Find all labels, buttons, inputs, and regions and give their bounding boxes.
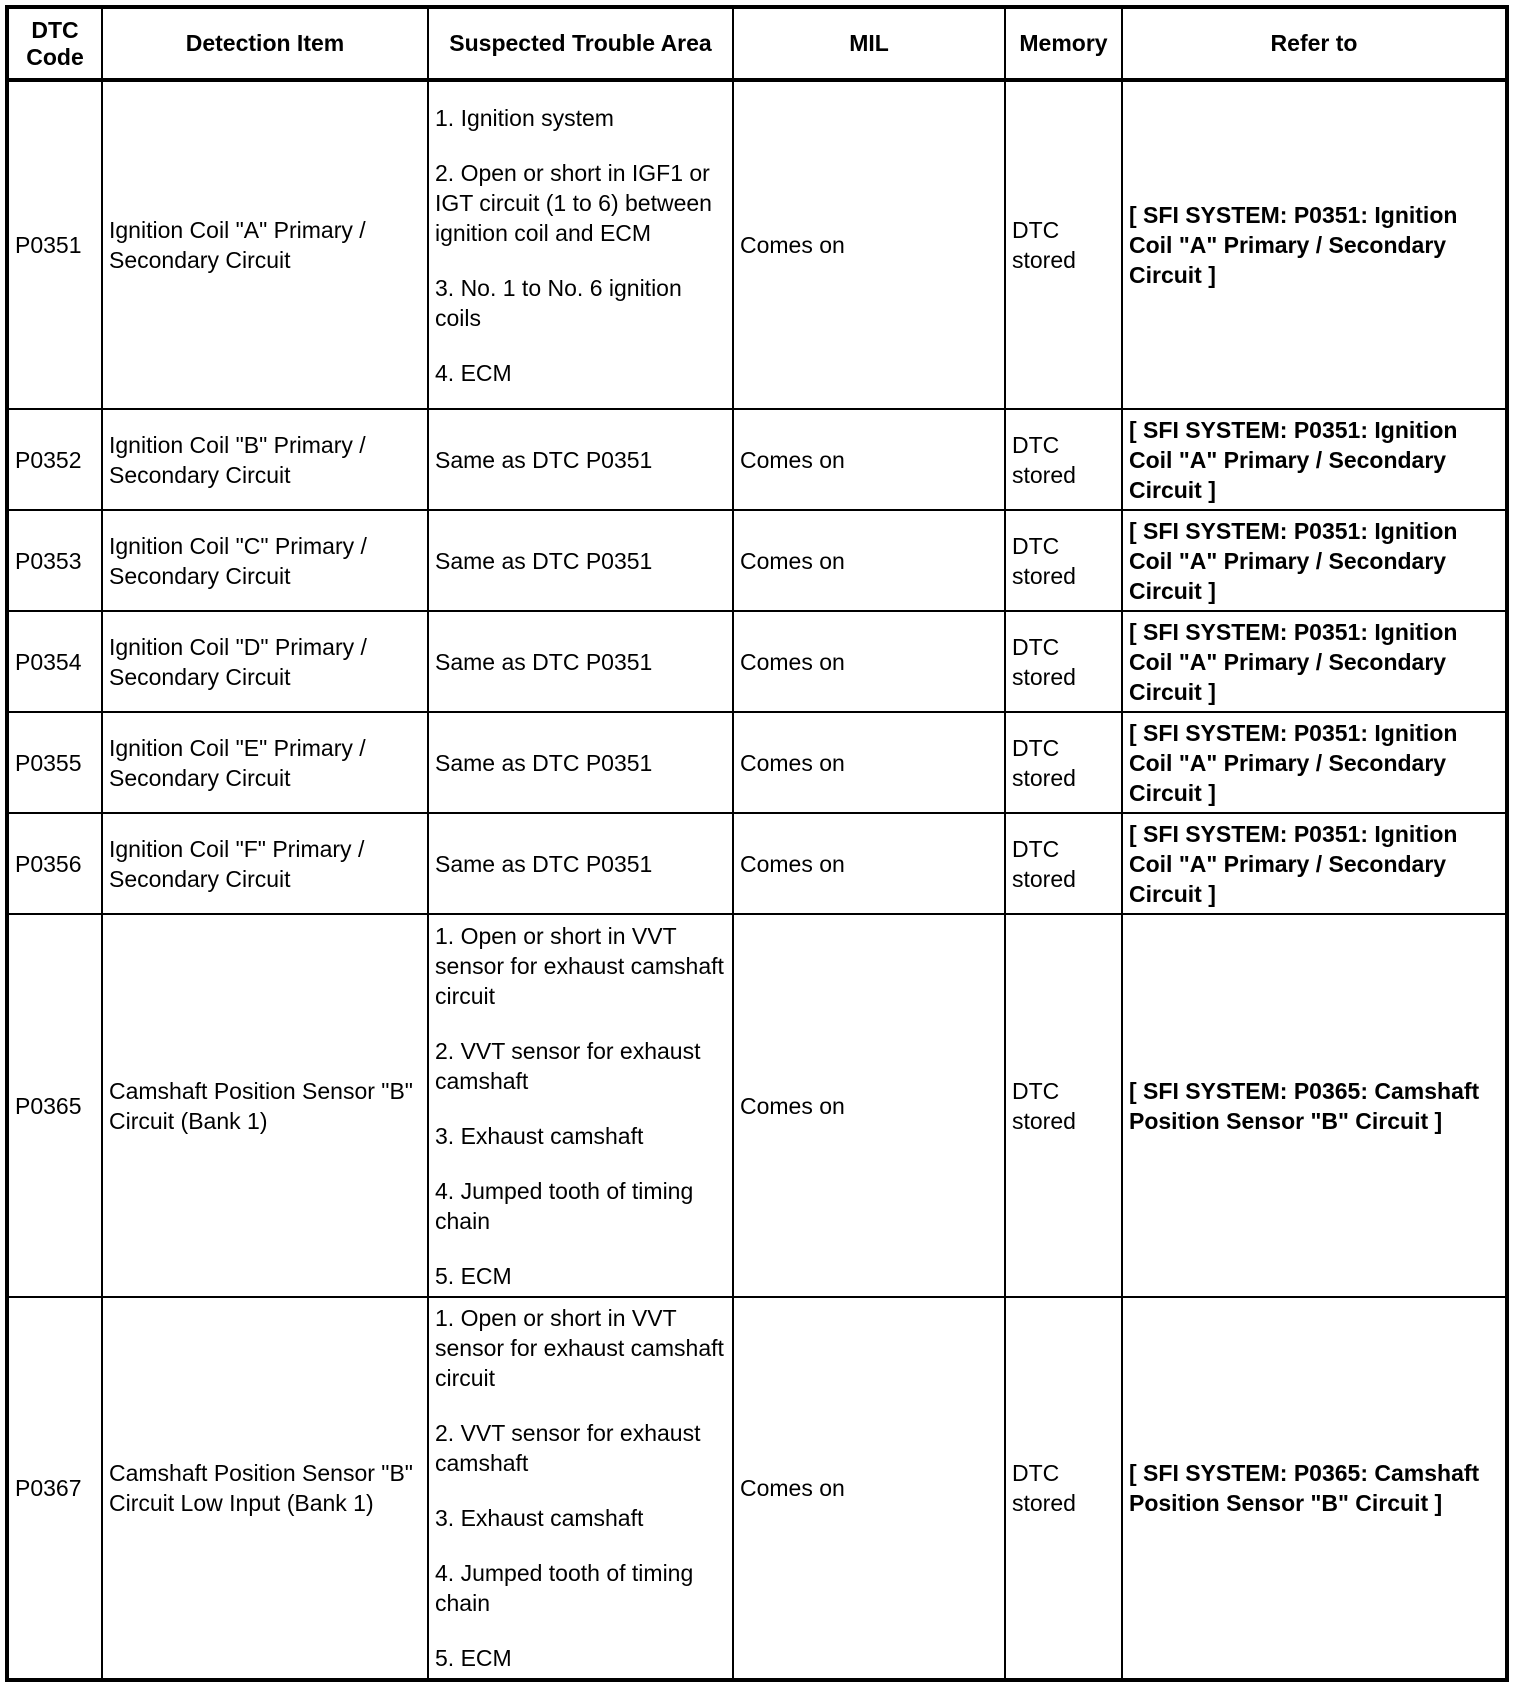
suspected-trouble-area: Same as DTC P0351 [428, 409, 733, 510]
trouble-item: 4. ECM [435, 358, 726, 388]
suspected-trouble-area: 1. Open or short in VVT sensor for exhau… [428, 914, 733, 1297]
mil-status: Comes on [733, 611, 1005, 712]
trouble-item: 3. Exhaust camshaft [435, 1121, 726, 1151]
header-dtc-code: DTC Code [7, 7, 102, 80]
trouble-item: 4. Jumped tooth of timing chain [435, 1176, 726, 1236]
mil-status: Comes on [733, 1297, 1005, 1680]
header-memory: Memory [1005, 7, 1122, 80]
refer-to-link[interactable]: [ SFI SYSTEM: P0351: Ignition Coil "A" P… [1129, 819, 1499, 909]
mil-status: Comes on [733, 510, 1005, 611]
refer-to-link[interactable]: [ SFI SYSTEM: P0351: Ignition Coil "A" P… [1129, 718, 1499, 808]
mil-status: Comes on [733, 813, 1005, 914]
trouble-item: 1. Open or short in VVT sensor for exhau… [435, 1303, 726, 1393]
table-row: P0353 Ignition Coil "C" Primary / Second… [7, 510, 1507, 611]
refer-to-cell: [ SFI SYSTEM: P0351: Ignition Coil "A" P… [1122, 409, 1507, 510]
dtc-code: P0355 [7, 712, 102, 813]
refer-to-link[interactable]: [ SFI SYSTEM: P0351: Ignition Coil "A" P… [1129, 617, 1499, 707]
refer-to-cell: [ SFI SYSTEM: P0351: Ignition Coil "A" P… [1122, 813, 1507, 914]
refer-to-cell: [ SFI SYSTEM: P0365: Camshaft Position S… [1122, 1297, 1507, 1680]
table-row: P0355 Ignition Coil "E" Primary / Second… [7, 712, 1507, 813]
mil-status: Comes on [733, 409, 1005, 510]
detection-item: Camshaft Position Sensor "B" Circuit Low… [102, 1297, 428, 1680]
dtc-code: P0353 [7, 510, 102, 611]
detection-item: Ignition Coil "C" Primary / Secondary Ci… [102, 510, 428, 611]
memory-status: DTC stored [1005, 409, 1122, 510]
dtc-code: P0354 [7, 611, 102, 712]
refer-to-link[interactable]: [ SFI SYSTEM: P0365: Camshaft Position S… [1129, 1458, 1499, 1518]
table-row: P0352 Ignition Coil "B" Primary / Second… [7, 409, 1507, 510]
table-row: P0351 Ignition Coil "A" Primary / Second… [7, 80, 1507, 409]
table-row: P0356 Ignition Coil "F" Primary / Second… [7, 813, 1507, 914]
memory-status: DTC stored [1005, 712, 1122, 813]
trouble-item: 3. No. 1 to No. 6 ignition coils [435, 273, 726, 333]
trouble-list: 1. Open or short in VVT sensor for exhau… [435, 1303, 726, 1673]
dtc-table: DTC Code Detection Item Suspected Troubl… [5, 5, 1509, 1682]
refer-to-cell: [ SFI SYSTEM: P0351: Ignition Coil "A" P… [1122, 510, 1507, 611]
detection-item: Camshaft Position Sensor "B" Circuit (Ba… [102, 914, 428, 1297]
memory-status: DTC stored [1005, 813, 1122, 914]
detection-item: Ignition Coil "F" Primary / Secondary Ci… [102, 813, 428, 914]
mil-status: Comes on [733, 914, 1005, 1297]
detection-item: Ignition Coil "B" Primary / Secondary Ci… [102, 409, 428, 510]
refer-to-link[interactable]: [ SFI SYSTEM: P0351: Ignition Coil "A" P… [1129, 516, 1499, 606]
header-detection-item: Detection Item [102, 7, 428, 80]
table-row: P0354 Ignition Coil "D" Primary / Second… [7, 611, 1507, 712]
mil-status: Comes on [733, 80, 1005, 409]
trouble-item: 2. VVT sensor for exhaust camshaft [435, 1036, 726, 1096]
trouble-list: 1. Ignition system 2. Open or short in I… [435, 103, 726, 388]
header-row: DTC Code Detection Item Suspected Troubl… [7, 7, 1507, 80]
trouble-item: 5. ECM [435, 1643, 726, 1673]
trouble-item: 3. Exhaust camshaft [435, 1503, 726, 1533]
dtc-code: P0351 [7, 80, 102, 409]
suspected-trouble-area: 1. Open or short in VVT sensor for exhau… [428, 1297, 733, 1680]
trouble-item: 4. Jumped tooth of timing chain [435, 1558, 726, 1618]
refer-to-link[interactable]: [ SFI SYSTEM: P0351: Ignition Coil "A" P… [1129, 200, 1499, 290]
dtc-code: P0356 [7, 813, 102, 914]
trouble-list: 1. Open or short in VVT sensor for exhau… [435, 921, 726, 1291]
dtc-code: P0367 [7, 1297, 102, 1680]
refer-to-cell: [ SFI SYSTEM: P0351: Ignition Coil "A" P… [1122, 611, 1507, 712]
refer-to-link[interactable]: [ SFI SYSTEM: P0351: Ignition Coil "A" P… [1129, 415, 1499, 505]
memory-status: DTC stored [1005, 914, 1122, 1297]
header-refer-to: Refer to [1122, 7, 1507, 80]
suspected-trouble-area: 1. Ignition system 2. Open or short in I… [428, 80, 733, 409]
refer-to-link[interactable]: [ SFI SYSTEM: P0365: Camshaft Position S… [1129, 1076, 1499, 1136]
memory-status: DTC stored [1005, 611, 1122, 712]
mil-status: Comes on [733, 712, 1005, 813]
refer-to-cell: [ SFI SYSTEM: P0365: Camshaft Position S… [1122, 914, 1507, 1297]
detection-item: Ignition Coil "A" Primary / Secondary Ci… [102, 80, 428, 409]
header-mil: MIL [733, 7, 1005, 80]
memory-status: DTC stored [1005, 510, 1122, 611]
trouble-item: 5. ECM [435, 1261, 726, 1291]
detection-item: Ignition Coil "E" Primary / Secondary Ci… [102, 712, 428, 813]
suspected-trouble-area: Same as DTC P0351 [428, 813, 733, 914]
suspected-trouble-area: Same as DTC P0351 [428, 712, 733, 813]
suspected-trouble-area: Same as DTC P0351 [428, 611, 733, 712]
memory-status: DTC stored [1005, 1297, 1122, 1680]
trouble-item: 1. Ignition system [435, 103, 726, 133]
table-row: P0367 Camshaft Position Sensor "B" Circu… [7, 1297, 1507, 1680]
table-row: P0365 Camshaft Position Sensor "B" Circu… [7, 914, 1507, 1297]
dtc-code: P0352 [7, 409, 102, 510]
detection-item: Ignition Coil "D" Primary / Secondary Ci… [102, 611, 428, 712]
trouble-item: 1. Open or short in VVT sensor for exhau… [435, 921, 726, 1011]
refer-to-cell: [ SFI SYSTEM: P0351: Ignition Coil "A" P… [1122, 80, 1507, 409]
trouble-item: 2. VVT sensor for exhaust camshaft [435, 1418, 726, 1478]
trouble-item: 2. Open or short in IGF1 or IGT circuit … [435, 158, 726, 248]
header-suspected-trouble-area: Suspected Trouble Area [428, 7, 733, 80]
dtc-code: P0365 [7, 914, 102, 1297]
memory-status: DTC stored [1005, 80, 1122, 409]
refer-to-cell: [ SFI SYSTEM: P0351: Ignition Coil "A" P… [1122, 712, 1507, 813]
suspected-trouble-area: Same as DTC P0351 [428, 510, 733, 611]
